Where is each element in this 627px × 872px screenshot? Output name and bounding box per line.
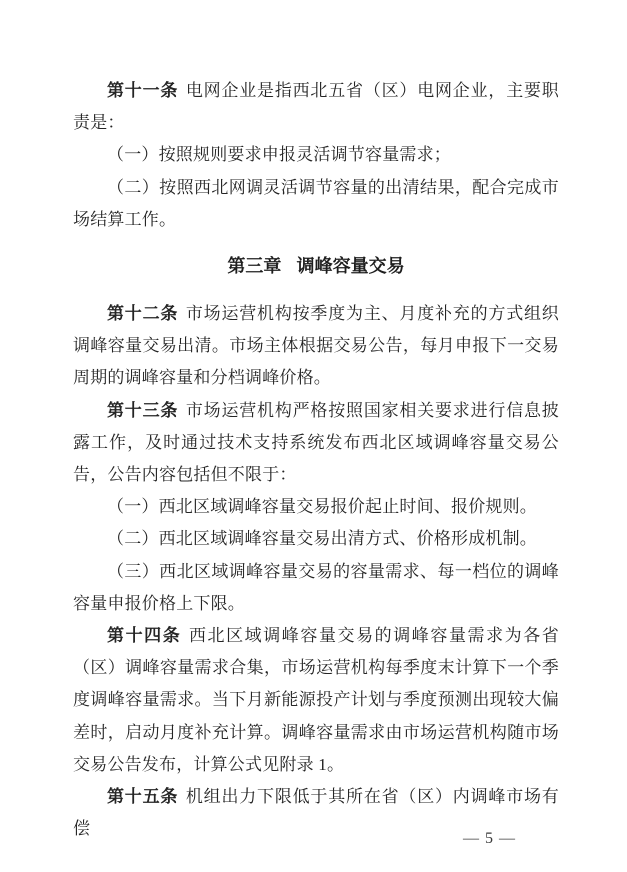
paragraph-text: 西北区域调峰容量交易的调峰容量需求为各省（区）调峰容量需求合集，市场运营机构每季… [73, 626, 559, 774]
article-number: 第十三条 [107, 401, 178, 420]
document-page: 第十一条电网企业是指西北五省（区）电网企业，主要职责是：（一）按照规则要求申报灵… [0, 0, 627, 872]
article-number: 第十一条 [107, 81, 178, 100]
chapter-title: 调峰容量交易 [297, 256, 405, 276]
paragraph-text: （二）西北区域调峰容量交易出清方式、价格形成机制。 [107, 529, 537, 548]
paragraph: 第十三条市场运营机构严格按照国家相关要求进行信息披露工作，及时通过技术支持系统发… [73, 395, 559, 492]
paragraph: （三）西北区域调峰容量交易的容量需求、每一档位的调峰容量申报价格上下限。 [73, 556, 559, 620]
chapter-number: 第三章 [227, 256, 281, 276]
paragraph-text: （一）西北区域调峰容量交易报价起止时间、报价规则。 [107, 497, 537, 516]
paragraph-text: （三）西北区域调峰容量交易的容量需求、每一档位的调峰容量申报价格上下限。 [73, 562, 559, 613]
article-number: 第十五条 [107, 787, 178, 806]
chapter-heading: 第三章调峰容量交易 [73, 250, 559, 282]
page-number: — 5 — [463, 829, 516, 849]
paragraph: （一）西北区域调峰容量交易报价起止时间、报价规则。 [73, 491, 559, 523]
paragraph-text: （一）按照规则要求申报灵活调节容量需求； [107, 145, 451, 164]
article-number: 第十四条 [107, 626, 181, 645]
paragraph: （二）按照西北网调灵活调节容量的出清结果，配合完成市场结算工作。 [73, 172, 559, 236]
paragraph: 第十一条电网企业是指西北五省（区）电网企业，主要职责是： [73, 75, 559, 139]
paragraph-text: （二）按照西北网调灵活调节容量的出清结果，配合完成市场结算工作。 [73, 178, 559, 229]
paragraph: 第十二条市场运营机构按季度为主、月度补充的方式组织调峰容量交易出清。市场主体根据… [73, 298, 559, 395]
document-body: 第十一条电网企业是指西北五省（区）电网企业，主要职责是：（一）按照规则要求申报灵… [73, 75, 559, 845]
paragraph: （一）按照规则要求申报灵活调节容量需求； [73, 139, 559, 171]
article-number: 第十二条 [107, 304, 178, 323]
paragraph: 第十四条西北区域调峰容量交易的调峰容量需求为各省（区）调峰容量需求合集，市场运营… [73, 620, 559, 781]
paragraph: （二）西北区域调峰容量交易出清方式、价格形成机制。 [73, 523, 559, 555]
